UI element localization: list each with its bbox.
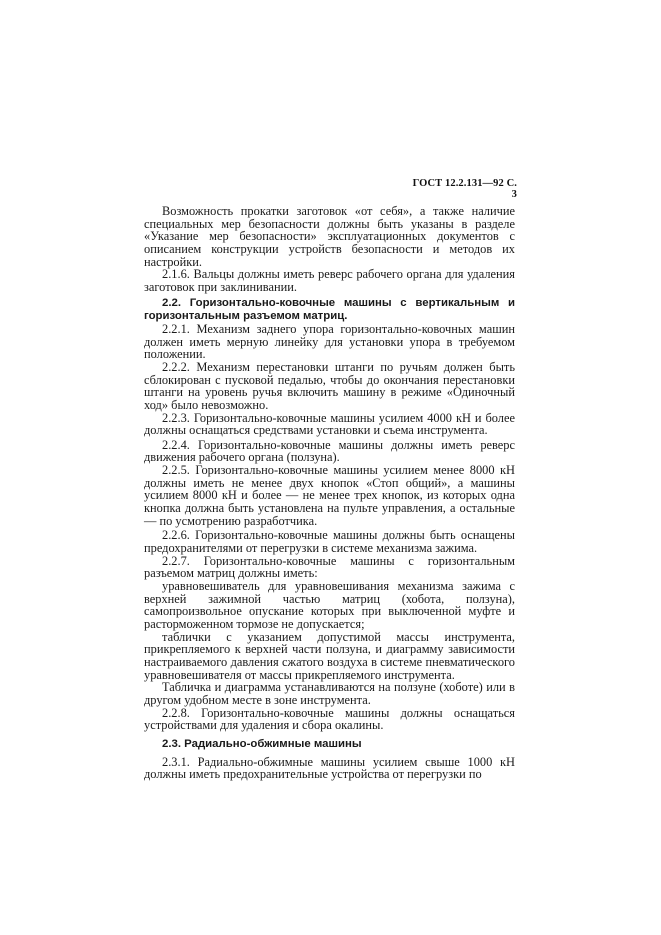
document-body: Возможность прокатки заготовок «от себя»… — [144, 205, 515, 781]
page-header-standard-ref: ГОСТ 12.2.131—92 С. 3 — [405, 178, 517, 200]
section-heading-2-3: 2.3. Радиально-обжимные машины — [144, 737, 515, 751]
section-heading-2-2: 2.2. Горизонтально-ковочные машины с вер… — [144, 296, 515, 323]
section-heading-2-2-text: 2.2. Горизонтально-ковочные машины с вер… — [144, 297, 515, 323]
paragraph-2-2-3: 2.2.3. Горизонтально-ковочные машины уси… — [144, 412, 515, 437]
paragraph-2-2-4: 2.2.4. Горизонтально-ковочные машины дол… — [144, 439, 515, 464]
paragraph-2-2-1: 2.2.1. Механизм заднего упора горизонтал… — [144, 323, 515, 361]
section-heading-2-3-text: 2.3. Радиально-обжимные машины — [162, 738, 362, 750]
document-page: ГОСТ 12.2.131—92 С. 3 Возможность прокат… — [0, 0, 661, 935]
paragraph-2-2-6: 2.2.6. Горизонтально-ковочные машины дол… — [144, 529, 515, 554]
paragraph-2-2-8: 2.2.8. Горизонтально-ковочные машины дол… — [144, 707, 515, 732]
paragraph-2-2-7-balancer: уравновешиватель для уравновешивания мех… — [144, 580, 515, 631]
paragraph-rolling-safety: Возможность прокатки заготовок «от себя»… — [144, 205, 515, 268]
paragraph-2-2-5: 2.2.5. Горизонтально-ковочные машины уси… — [144, 464, 515, 527]
paragraph-2-1-6: 2.1.6. Вальцы должны иметь реверс рабоче… — [144, 268, 515, 293]
paragraph-2-2-2: 2.2.2. Механизм перестановки штанги по р… — [144, 361, 515, 412]
paragraph-2-2-7-plates: таблички с указанием допустимой массы ин… — [144, 631, 515, 682]
paragraph-2-2-7-placement: Табличка и диаграмма устанавливаются на … — [144, 681, 515, 706]
paragraph-2-2-7: 2.2.7. Горизонтально-ковочные машины с г… — [144, 555, 515, 580]
paragraph-2-3-1: 2.3.1. Радиально-обжимные машины усилием… — [144, 756, 515, 781]
